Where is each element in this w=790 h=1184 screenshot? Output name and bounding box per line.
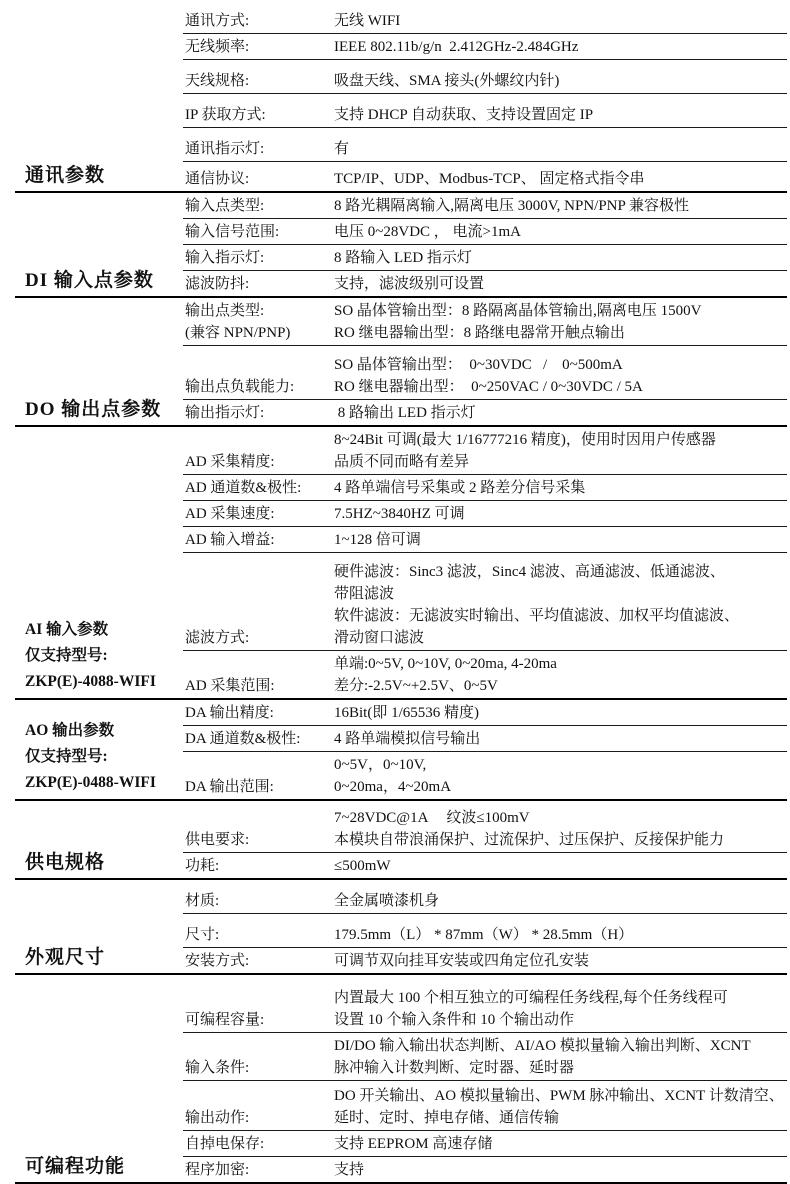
category-cell: AO 输出参数 仅支持型号: ZKP(E)-0488-WIFI — [15, 700, 183, 799]
param-name: DA 输出范围: — [183, 776, 334, 798]
spec-row: 通信协议:TCP/IP、UDP、Modbus-TCP、 固定格式指令串 — [183, 162, 787, 191]
param-name: 功耗: — [183, 855, 334, 877]
param-value: 4 路单端模拟信号输出 — [334, 728, 787, 750]
param-name: IP 获取方式: — [183, 104, 334, 126]
param-value: DO 开关输出、AO 模拟量输出、PWM 脉冲输出、XCNT 计数清空、 延时、… — [334, 1085, 787, 1129]
param-name: 尺寸: — [183, 924, 334, 946]
param-name: 程序加密: — [183, 1159, 334, 1181]
spec-row: IP 获取方式:支持 DHCP 自动获取、支持设置固定 IP — [183, 94, 787, 128]
category-cell: DO 输出点参数 — [15, 298, 183, 425]
category-cell: 供电规格 — [15, 801, 183, 878]
section-rows: 通讯方式:无线 WIFI无线频率:IEEE 802.11b/g/n 2.412G… — [183, 8, 787, 191]
spec-section-communication: 通讯参数通讯方式:无线 WIFI无线频率:IEEE 802.11b/g/n 2.… — [15, 8, 787, 193]
param-value: 支持 DHCP 自动获取、支持设置固定 IP — [334, 104, 787, 126]
param-value: 0~5V，0~10V, 0~20ma，4~20mA — [334, 754, 787, 798]
spec-row: 输入点类型:8 路光耦隔离输入,隔离电压 3000V, NPN/PNP 兼容极性 — [183, 193, 787, 219]
category-label: 供电规格 — [25, 850, 105, 875]
spec-row: 输出点负载能力:SO 晶体管输出型： 0~30VDC / 0~500mA RO … — [183, 346, 787, 400]
param-name: 可编程容量: — [183, 1009, 334, 1031]
param-value: 179.5mm（L） * 87mm（W） * 28.5mm（H） — [334, 924, 787, 946]
spec-row: 天线规格:吸盘天线、SMA 接头(外螺纹内针) — [183, 60, 787, 94]
spec-row: AD 采集精度:8~24Bit 可调(最大 1/16777216 精度)，使用时… — [183, 427, 787, 475]
spec-row: 无线频率:IEEE 802.11b/g/n 2.412GHz-2.484GHz — [183, 34, 787, 60]
spec-row: 程序加密:支持 — [183, 1157, 787, 1182]
spec-row: 通讯方式:无线 WIFI — [183, 8, 787, 34]
param-name: AD 通道数&极性: — [183, 477, 334, 499]
spec-sheet-page: { "table": { "sections": [ { "id": "comm… — [0, 8, 790, 1135]
spec-row: 供电要求:7~28VDC@1A 纹波≤100mV 本模块自带浪涌保护、过流保护、… — [183, 801, 787, 853]
param-value: 8 路输出 LED 指示灯 — [334, 402, 787, 424]
param-value: 8 路光耦隔离输入,隔离电压 3000V, NPN/PNP 兼容极性 — [334, 195, 787, 217]
section-rows: 输出点类型: (兼容 NPN/PNP)SO 晶体管输出型：8 路隔离晶体管输出,… — [183, 298, 787, 425]
category-label: AI 输入参数 仅支持型号: ZKP(E)-4088-WIFI — [25, 617, 156, 695]
section-rows: DA 输出精度:16Bit(即 1/65536 精度)DA 通道数&极性:4 路… — [183, 700, 787, 799]
section-rows: AD 采集精度:8~24Bit 可调(最大 1/16777216 精度)，使用时… — [183, 427, 787, 698]
param-name: 滤波方式: — [183, 627, 334, 649]
spec-section-do-output: DO 输出点参数输出点类型: (兼容 NPN/PNP)SO 晶体管输出型：8 路… — [15, 298, 787, 427]
spec-row: 材质:全金属喷漆机身 — [183, 880, 787, 914]
category-cell: 可编程功能 — [15, 975, 183, 1182]
param-name: AD 采集精度: — [183, 451, 334, 473]
spec-row: AD 输入增益:1~128 倍可调 — [183, 527, 787, 553]
spec-row: 输出点类型: (兼容 NPN/PNP)SO 晶体管输出型：8 路隔离晶体管输出,… — [183, 298, 787, 346]
category-label: DO 输出点参数 — [25, 397, 161, 422]
category-cell: 通讯参数 — [15, 8, 183, 191]
spec-section-di-input: DI 输入点参数输入点类型:8 路光耦隔离输入,隔离电压 3000V, NPN/… — [15, 193, 787, 298]
param-value: 16Bit(即 1/65536 精度) — [334, 702, 787, 724]
section-rows: 可编程容量:内置最大 100 个相互独立的可编程任务线程,每个任务线程可 设置 … — [183, 975, 787, 1182]
category-cell: 外观尺寸 — [15, 880, 183, 973]
param-name: AD 采集速度: — [183, 503, 334, 525]
param-name: 天线规格: — [183, 70, 334, 92]
spec-row: 自掉电保存:支持 EEPROM 高速存储 — [183, 1131, 787, 1157]
param-name: 通讯指示灯: — [183, 138, 334, 160]
spec-table: 通讯参数通讯方式:无线 WIFI无线频率:IEEE 802.11b/g/n 2.… — [15, 8, 787, 1184]
category-label: 可编程功能 — [25, 1154, 125, 1179]
param-name: 输入信号范围: — [183, 221, 334, 243]
spec-section-ai-input: AI 输入参数 仅支持型号: ZKP(E)-4088-WIFIAD 采集精度:8… — [15, 427, 787, 700]
spec-row: DA 输出范围:0~5V，0~10V, 0~20ma，4~20mA — [183, 752, 787, 799]
spec-section-power: 供电规格供电要求:7~28VDC@1A 纹波≤100mV 本模块自带浪涌保护、过… — [15, 801, 787, 880]
param-name: 输入点类型: — [183, 195, 334, 217]
param-name: 输出点类型: (兼容 NPN/PNP) — [183, 300, 334, 344]
spec-row: 滤波方式:硬件滤波：Sinc3 滤波，Sinc4 滤波、高通滤波、低通滤波、 带… — [183, 553, 787, 651]
param-value: 8~24Bit 可调(最大 1/16777216 精度)，使用时因用户传感器 品… — [334, 429, 787, 473]
spec-row: 输出指示灯: 8 路输出 LED 指示灯 — [183, 400, 787, 425]
param-value: 电压 0~28VDC ， 电流>1mA — [334, 221, 787, 243]
spec-row: 输入信号范围:电压 0~28VDC ， 电流>1mA — [183, 219, 787, 245]
spec-row: DA 通道数&极性:4 路单端模拟信号输出 — [183, 726, 787, 752]
param-name: 材质: — [183, 890, 334, 912]
param-name: 供电要求: — [183, 829, 334, 851]
param-name: 通讯方式: — [183, 10, 334, 32]
category-cell: AI 输入参数 仅支持型号: ZKP(E)-4088-WIFI — [15, 427, 183, 698]
section-rows: 输入点类型:8 路光耦隔离输入,隔离电压 3000V, NPN/PNP 兼容极性… — [183, 193, 787, 296]
param-name: 输入指示灯: — [183, 247, 334, 269]
category-label: 通讯参数 — [25, 163, 105, 188]
param-value: 可调节双向挂耳安装或四角定位孔安装 — [334, 950, 787, 972]
spec-row: 通讯指示灯:有 — [183, 128, 787, 162]
param-value: 无线 WIFI — [334, 10, 787, 32]
param-name: 通信协议: — [183, 168, 334, 190]
param-name: DA 通道数&极性: — [183, 728, 334, 750]
param-value: ≤500mW — [334, 855, 787, 877]
param-value: 7.5HZ~3840HZ 可调 — [334, 503, 787, 525]
param-value: SO 晶体管输出型：8 路隔离晶体管输出,隔离电压 1500V RO 继电器输出… — [334, 300, 787, 344]
spec-row: DA 输出精度:16Bit(即 1/65536 精度) — [183, 700, 787, 726]
param-value: 8 路输入 LED 指示灯 — [334, 247, 787, 269]
param-name: 安装方式: — [183, 950, 334, 972]
category-label: DI 输入点参数 — [25, 268, 154, 293]
spec-row: AD 采集范围:单端:0~5V, 0~10V, 0~20ma, 4-20ma 差… — [183, 651, 787, 698]
param-value: 全金属喷漆机身 — [334, 890, 787, 912]
spec-row: 可编程容量:内置最大 100 个相互独立的可编程任务线程,每个任务线程可 设置 … — [183, 975, 787, 1033]
param-value: 1~128 倍可调 — [334, 529, 787, 551]
param-value: 支持 — [334, 1159, 787, 1181]
param-value: 硬件滤波：Sinc3 滤波，Sinc4 滤波、高通滤波、低通滤波、 带阻滤波 软… — [334, 561, 787, 649]
param-name: AD 输入增益: — [183, 529, 334, 551]
param-value: 支持 EEPROM 高速存储 — [334, 1133, 787, 1155]
spec-row: AD 采集速度:7.5HZ~3840HZ 可调 — [183, 501, 787, 527]
spec-section-appearance: 外观尺寸材质:全金属喷漆机身尺寸:179.5mm（L） * 87mm（W） * … — [15, 880, 787, 975]
spec-row: 功耗:≤500mW — [183, 853, 787, 878]
spec-row: 输出动作:DO 开关输出、AO 模拟量输出、PWM 脉冲输出、XCNT 计数清空… — [183, 1081, 787, 1131]
category-label: 外观尺寸 — [25, 945, 105, 970]
param-name: 输出指示灯: — [183, 402, 334, 424]
param-value: TCP/IP、UDP、Modbus-TCP、 固定格式指令串 — [334, 168, 787, 190]
param-value: DI/DO 输入输出状态判断、AI/AO 模拟量输入输出判断、XCNT 脉冲输入… — [334, 1035, 787, 1079]
param-name: 输入条件: — [183, 1057, 334, 1079]
param-name: DA 输出精度: — [183, 702, 334, 724]
param-name: 输出动作: — [183, 1107, 334, 1129]
section-rows: 材质:全金属喷漆机身尺寸:179.5mm（L） * 87mm（W） * 28.5… — [183, 880, 787, 973]
section-rows: 供电要求:7~28VDC@1A 纹波≤100mV 本模块自带浪涌保护、过流保护、… — [183, 801, 787, 878]
spec-row: 尺寸:179.5mm（L） * 87mm（W） * 28.5mm（H） — [183, 914, 787, 948]
spec-row: 输入指示灯:8 路输入 LED 指示灯 — [183, 245, 787, 271]
param-value: 支持，滤波级别可设置 — [334, 273, 787, 295]
param-value: 有 — [334, 138, 787, 160]
param-name: 输出点负载能力: — [183, 376, 334, 398]
param-name: AD 采集范围: — [183, 675, 334, 697]
param-value: SO 晶体管输出型： 0~30VDC / 0~500mA RO 继电器输出型： … — [334, 354, 787, 398]
param-name: 自掉电保存: — [183, 1133, 334, 1155]
category-label: AO 输出参数 仅支持型号: ZKP(E)-0488-WIFI — [25, 718, 156, 796]
param-value: 单端:0~5V, 0~10V, 0~20ma, 4-20ma 差分:-2.5V~… — [334, 653, 787, 697]
spec-row: 滤波防抖:支持，滤波级别可设置 — [183, 271, 787, 296]
category-cell: DI 输入点参数 — [15, 193, 183, 296]
spec-row: 输入条件:DI/DO 输入输出状态判断、AI/AO 模拟量输入输出判断、XCNT… — [183, 1033, 787, 1081]
param-value: 吸盘天线、SMA 接头(外螺纹内针) — [334, 70, 787, 92]
spec-section-ao-output: AO 输出参数 仅支持型号: ZKP(E)-0488-WIFIDA 输出精度:1… — [15, 700, 787, 801]
param-value: 7~28VDC@1A 纹波≤100mV 本模块自带浪涌保护、过流保护、过压保护、… — [334, 807, 787, 851]
param-value: IEEE 802.11b/g/n 2.412GHz-2.484GHz — [334, 36, 787, 58]
param-name: 无线频率: — [183, 36, 334, 58]
spec-row: 安装方式:可调节双向挂耳安装或四角定位孔安装 — [183, 948, 787, 973]
spec-section-programmable: 可编程功能可编程容量:内置最大 100 个相互独立的可编程任务线程,每个任务线程… — [15, 975, 787, 1184]
param-name: 滤波防抖: — [183, 273, 334, 295]
spec-row: AD 通道数&极性:4 路单端信号采集或 2 路差分信号采集 — [183, 475, 787, 501]
param-value: 4 路单端信号采集或 2 路差分信号采集 — [334, 477, 787, 499]
param-value: 内置最大 100 个相互独立的可编程任务线程,每个任务线程可 设置 10 个输入… — [334, 987, 787, 1031]
